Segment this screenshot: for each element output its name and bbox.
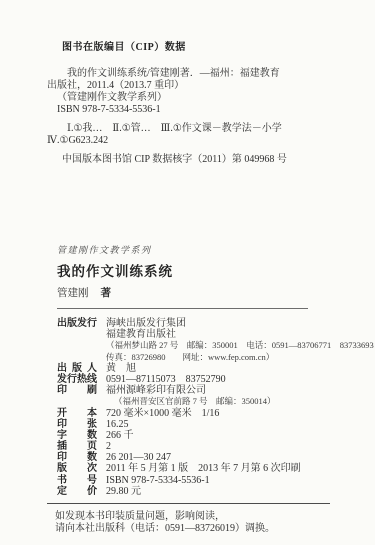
quality-notice-line2: 请向本社出版科（电话：0591—83726019）调换。 [55, 523, 330, 535]
cip-isbn: ISBN 978-7-5334-5536-1 [57, 104, 330, 116]
colophon-row-publisher-contact: 传真：83726980 网址：www.fep.com.cn） [57, 352, 330, 363]
colophon-row-publisher-person: 出版人 黄 旭 [57, 363, 330, 374]
author-line: 管建刚著 [57, 285, 330, 300]
row-label: 出版发行 [57, 318, 97, 329]
cip-entry-line1: 我的作文训练系统/管建刚著．—福州：福建教育 [47, 68, 330, 80]
row-value: 福建教育出版社 [106, 329, 176, 340]
row-value: 传真：83726980 网址：www.fep.com.cn） [106, 352, 274, 363]
row-value: 2011 年 5 月第 1 版 2013 年 7 月第 6 次印刷 [106, 463, 301, 474]
row-label: 印数 [57, 452, 97, 463]
author-name: 管建刚 [57, 288, 89, 299]
row-value: 266 千 [106, 430, 134, 441]
row-value: 海峡出版发行集团 [106, 318, 186, 329]
colophon-row-publisher: 出版发行 海峡出版发行集团 [57, 318, 330, 329]
book-title: 我的作文训练系统 [57, 260, 330, 280]
cip-series-note: （管建刚作文教学系列） [57, 92, 330, 104]
row-label: 出版人 [57, 363, 97, 374]
colophon-row-format: 开本 720 毫米×1000 毫米 1/16 [57, 408, 330, 419]
colophon-row-price: 定价 29.80 元 [57, 486, 330, 497]
row-label: 印刷 [57, 385, 97, 396]
row-value: （福州梦山路 27 号 邮编：350001 电话：0591—83706771 8… [106, 340, 374, 351]
colophon-row-hotline: 发行热线 0591—87115073 83752790 [57, 374, 330, 385]
row-label: 书号 [57, 475, 97, 486]
row-value: 2 [106, 441, 111, 452]
row-label [57, 329, 97, 340]
divider-thick [47, 503, 330, 504]
colophon-row-printrun: 印数 26 201—30 247 [57, 452, 330, 463]
colophon-row-publisher2: 福建教育出版社 [57, 329, 330, 340]
cip-heading: 图书在版编目（CIP）数据 [62, 42, 330, 54]
colophon-row-edition: 版次 2011 年 5 月第 1 版 2013 年 7 月第 6 次印刷 [57, 463, 330, 474]
row-value: 26 201—30 247 [106, 452, 171, 463]
row-value: （福州晋安区官前路 7 号 邮编：350014） [106, 396, 276, 407]
series-name: 管建刚作文教学系列 [57, 243, 330, 256]
title-block: 管建刚作文教学系列 我的作文训练系统 管建刚著 [57, 243, 330, 300]
row-value: 0591—87115073 83752790 [106, 374, 226, 385]
row-value: 720 毫米×1000 毫米 1/16 [106, 408, 219, 419]
row-value: 29.80 元 [106, 486, 141, 497]
book-colophon-page: 图书在版编目（CIP）数据 我的作文训练系统/管建刚著．—福州：福建教育 出版社… [0, 0, 375, 545]
author-role: 著 [101, 288, 112, 299]
row-label: 发行热线 [57, 374, 97, 385]
row-value: 福州源峰彩印有限公司 [106, 385, 206, 396]
row-value: 16.25 [106, 419, 129, 430]
cip-section: 图书在版编目（CIP）数据 我的作文训练系统/管建刚著．—福州：福建教育 出版社… [47, 42, 330, 166]
row-label: 字数 [57, 430, 97, 441]
row-label: 印张 [57, 419, 97, 430]
row-label [57, 340, 97, 351]
colophon-row-printer-address: （福州晋安区官前路 7 号 邮编：350014） [57, 396, 330, 407]
colophon-row-isbn: 书号 ISBN 978-7-5334-5536-1 [57, 475, 330, 486]
row-label: 定价 [57, 486, 97, 497]
cip-class-line1: Ⅰ.①我… Ⅱ.①管… Ⅲ.①作文课－教学法－小学 [47, 123, 330, 135]
row-label: 插页 [57, 441, 97, 452]
row-value: ISBN 978-7-5334-5536-1 [106, 475, 210, 486]
colophon-row-wordcount: 字数 266 千 [57, 430, 330, 441]
quality-notice-line1: 如发现本书印装质量问题，影响阅读， [55, 511, 330, 523]
cip-classification: Ⅰ.①我… Ⅱ.①管… Ⅲ.①作文课－教学法－小学 Ⅳ.①G623.242 [47, 123, 330, 147]
colophon-row-sheets: 印张 16.25 [57, 419, 330, 430]
row-label [57, 352, 97, 363]
colophon-row-inserts: 插页 2 [57, 441, 330, 452]
row-label: 版次 [57, 463, 97, 474]
row-label: 开本 [57, 408, 97, 419]
cip-entry-line2: 出版社，2011.4（2013.7 重印） [47, 80, 330, 92]
colophon-section: 出版发行 海峡出版发行集团 福建教育出版社 （福州梦山路 27 号 邮编：350… [57, 318, 330, 497]
quality-notice: 如发现本书印装质量问题，影响阅读， 请向本社出版科（电话：0591—837260… [55, 511, 330, 535]
cip-class-line2: Ⅳ.①G623.242 [47, 135, 330, 147]
row-label [57, 396, 97, 407]
row-value: 黄 旭 [106, 363, 136, 374]
cip-record-number: 中国版本图书馆 CIP 数据核字（2011）第 049968 号 [62, 154, 330, 166]
divider-thin [57, 308, 308, 309]
colophon-row-publisher-address: （福州梦山路 27 号 邮编：350001 电话：0591—83706771 8… [57, 340, 330, 351]
cip-entry: 我的作文训练系统/管建刚著．—福州：福建教育 出版社，2011.4（2013.7… [47, 68, 330, 116]
colophon-row-printer: 印刷 福州源峰彩印有限公司 [57, 385, 330, 396]
